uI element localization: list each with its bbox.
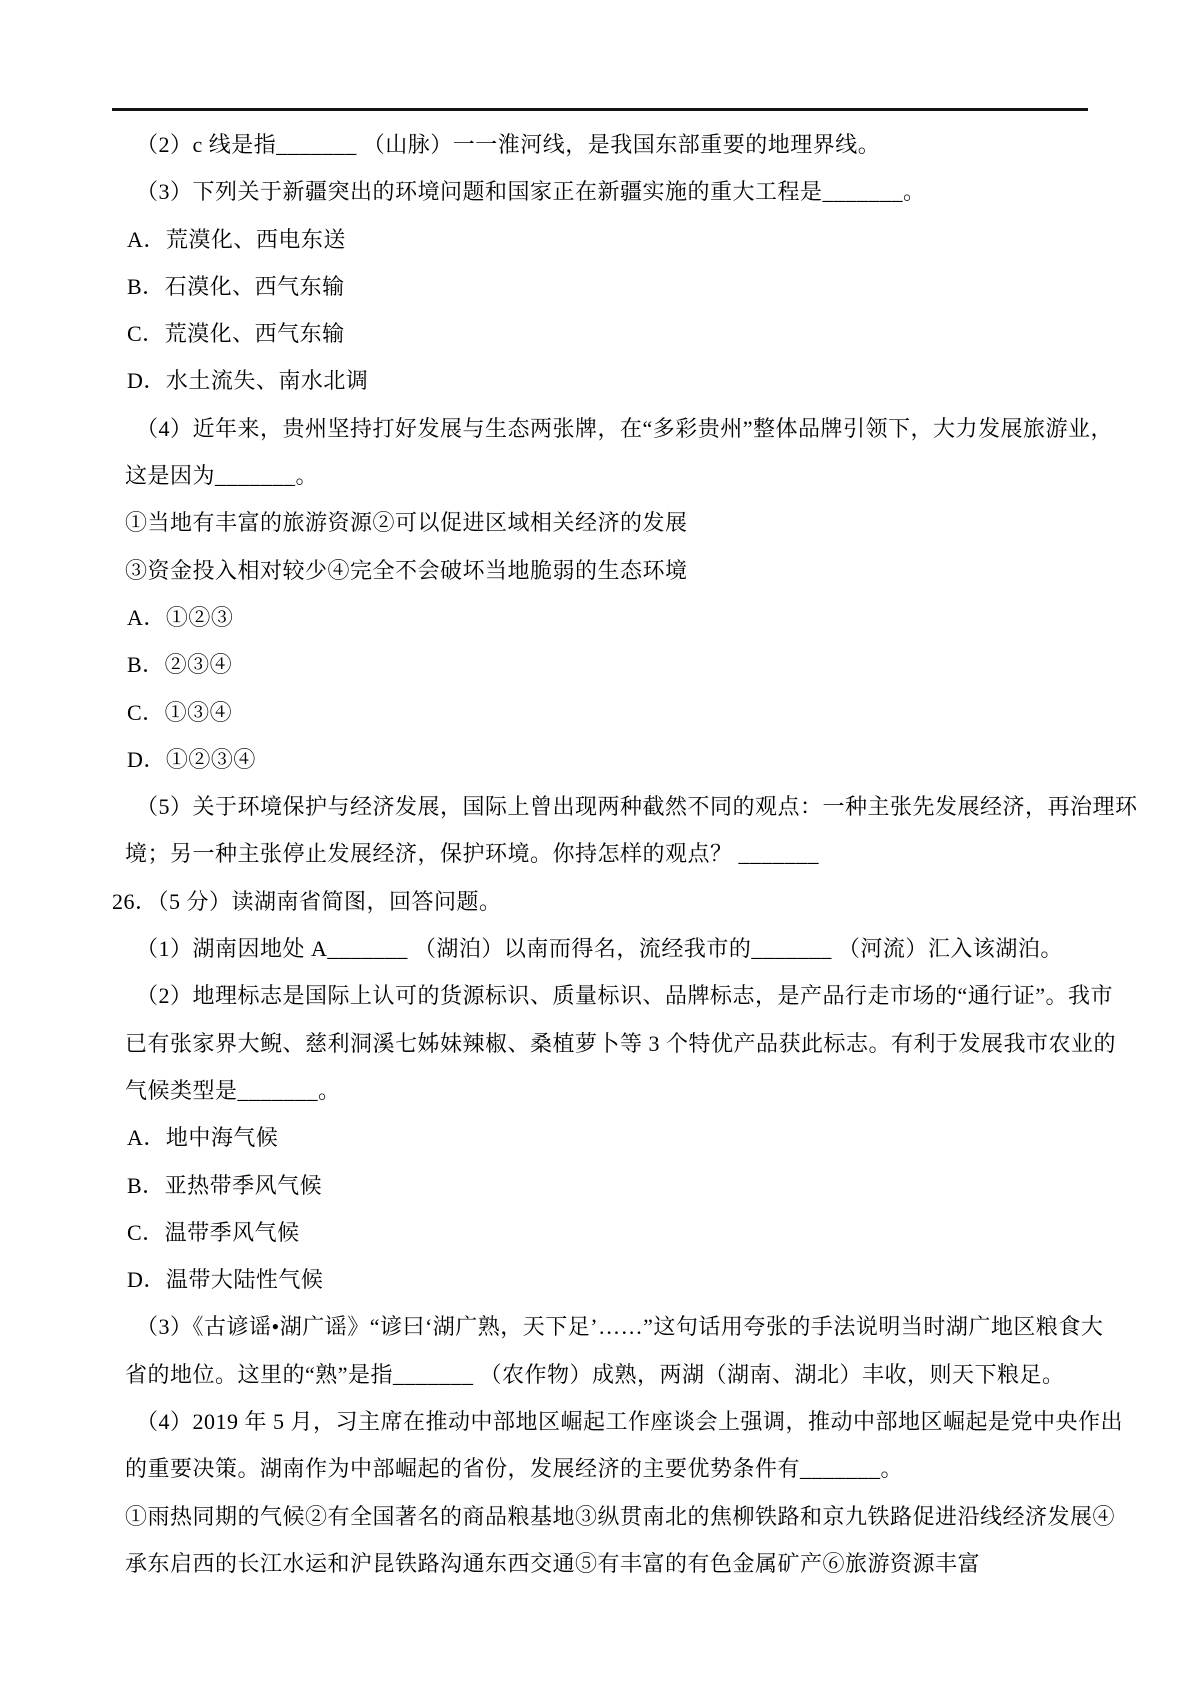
text-line: 省的地位。这里的“熟”是指_______ （农作物）成熟，两湖（湖南、湖北）丰收… bbox=[0, 1351, 1200, 1398]
exam-page: （2）c 线是指_______ （山脉）一一淮河线，是我国东部重要的地理界线。（… bbox=[0, 0, 1200, 1698]
text-line: （4）近年来，贵州坚持打好发展与生态两张牌，在“多彩贵州”整体品牌引领下，大力发… bbox=[0, 405, 1200, 452]
text-line: C．①③④ bbox=[0, 689, 1200, 736]
text-line: A．地中海气候 bbox=[0, 1114, 1200, 1161]
text-line: A．荒漠化、西电东送 bbox=[0, 216, 1200, 263]
text-line: （2）c 线是指_______ （山脉）一一淮河线，是我国东部重要的地理界线。 bbox=[0, 121, 1200, 168]
text-line: 境；另一种主张停止发展经济，保护环境。你持怎样的观点？ _______ bbox=[0, 830, 1200, 877]
top-divider-rule bbox=[112, 108, 1088, 111]
text-line: C．温带季风气候 bbox=[0, 1209, 1200, 1256]
text-line: （5）关于环境保护与经济发展，国际上曾出现两种截然不同的观点：一种主张先发展经济… bbox=[0, 783, 1200, 830]
text-line: （4）2019 年 5 月，习主席在推动中部地区崛起工作座谈会上强调，推动中部地… bbox=[0, 1398, 1200, 1445]
text-line: 26．（5 分）读湖南省简图，回答问题。 bbox=[0, 878, 1200, 925]
text-line: 的重要决策。湖南作为中部崛起的省份，发展经济的主要优势条件有_______。 bbox=[0, 1445, 1200, 1492]
text-line: （1）湖南因地处 A_______ （湖泊）以南而得名，流经我市的_______… bbox=[0, 925, 1200, 972]
document-body: （2）c 线是指_______ （山脉）一一淮河线，是我国东部重要的地理界线。（… bbox=[0, 121, 1200, 1587]
text-line: B．②③④ bbox=[0, 641, 1200, 688]
text-line: D．温带大陆性气候 bbox=[0, 1256, 1200, 1303]
text-line: 已有张家界大鲵、慈利洞溪七姊妹辣椒、桑植萝卜等 3 个特优产品获此标志。有利于发… bbox=[0, 1020, 1200, 1067]
text-line: 气候类型是_______。 bbox=[0, 1067, 1200, 1114]
text-line: ①当地有丰富的旅游资源②可以促进区域相关经济的发展 bbox=[0, 499, 1200, 546]
text-line: C．荒漠化、西气东输 bbox=[0, 310, 1200, 357]
text-line: A．①②③ bbox=[0, 594, 1200, 641]
text-line: （3）《古谚谣•湖广谣》“谚曰‘湖广熟，天下足’……”这句话用夸张的手法说明当时… bbox=[0, 1303, 1200, 1350]
text-line: ③资金投入相对较少④完全不会破坏当地脆弱的生态环境 bbox=[0, 547, 1200, 594]
text-line: （3）下列关于新疆突出的环境问题和国家正在新疆实施的重大工程是_______。 bbox=[0, 168, 1200, 215]
text-line: 承东启西的长江水运和沪昆铁路沟通东西交通⑤有丰富的有色金属矿产⑥旅游资源丰富 bbox=[0, 1540, 1200, 1587]
text-line: B．石漠化、西气东输 bbox=[0, 263, 1200, 310]
text-line: B．亚热带季风气候 bbox=[0, 1162, 1200, 1209]
text-line: D．①②③④ bbox=[0, 736, 1200, 783]
text-line: D．水土流失、南水北调 bbox=[0, 357, 1200, 404]
text-line: （2）地理标志是国际上认可的货源标识、质量标识、品牌标志，是产品行走市场的“通行… bbox=[0, 972, 1200, 1019]
text-line: 这是因为_______。 bbox=[0, 452, 1200, 499]
text-line: ①雨热同期的气候②有全国著名的商品粮基地③纵贯南北的焦柳铁路和京九铁路促进沿线经… bbox=[0, 1493, 1200, 1540]
